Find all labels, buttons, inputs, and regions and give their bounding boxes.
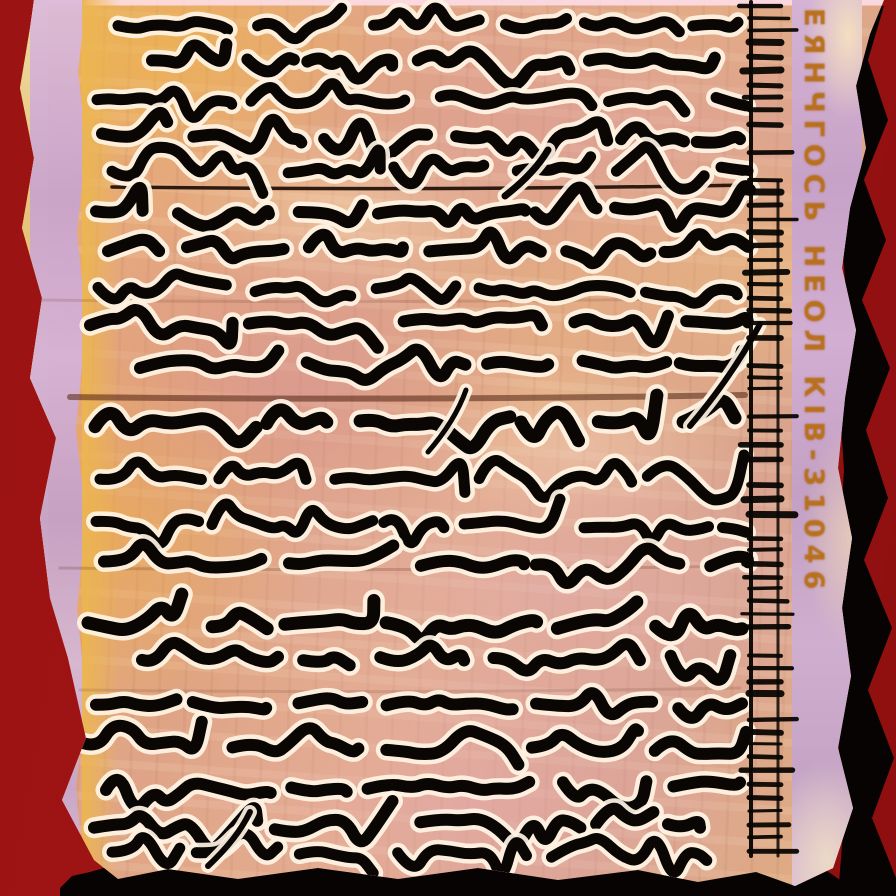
handwriting-layer bbox=[0, 0, 896, 896]
manuscript-paper: ЕЯНЧГОСЬ НЕОЛ КІВ-31046 bbox=[0, 0, 896, 896]
manuscript-photo: ЕЯНЧГОСЬ НЕОЛ КІВ-31046 bbox=[0, 0, 896, 896]
